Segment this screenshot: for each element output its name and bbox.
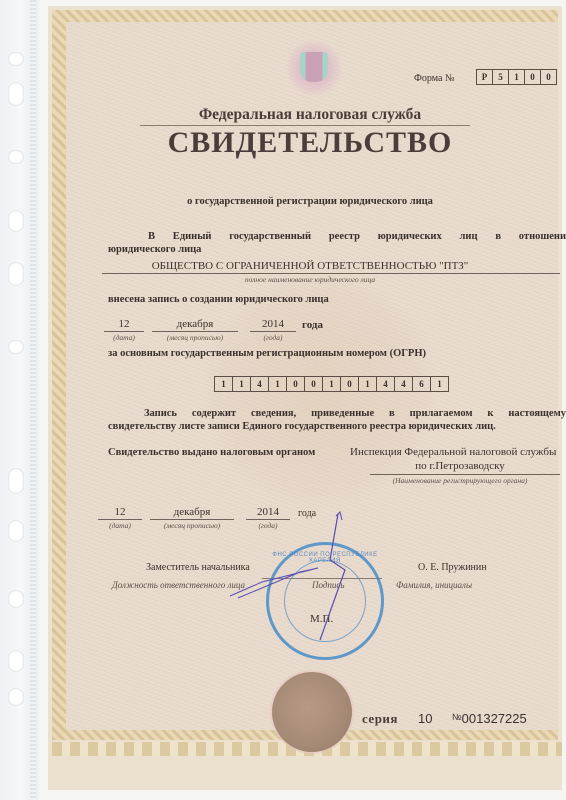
series-label: серия	[362, 711, 398, 727]
handwritten-signature-icon	[0, 0, 566, 800]
serial-number: №001327225	[452, 711, 527, 726]
embossed-seal-icon	[272, 672, 352, 752]
series-value: 10	[418, 711, 432, 726]
number-sign: №	[452, 712, 462, 722]
serial-number-value: 001327225	[462, 711, 527, 726]
